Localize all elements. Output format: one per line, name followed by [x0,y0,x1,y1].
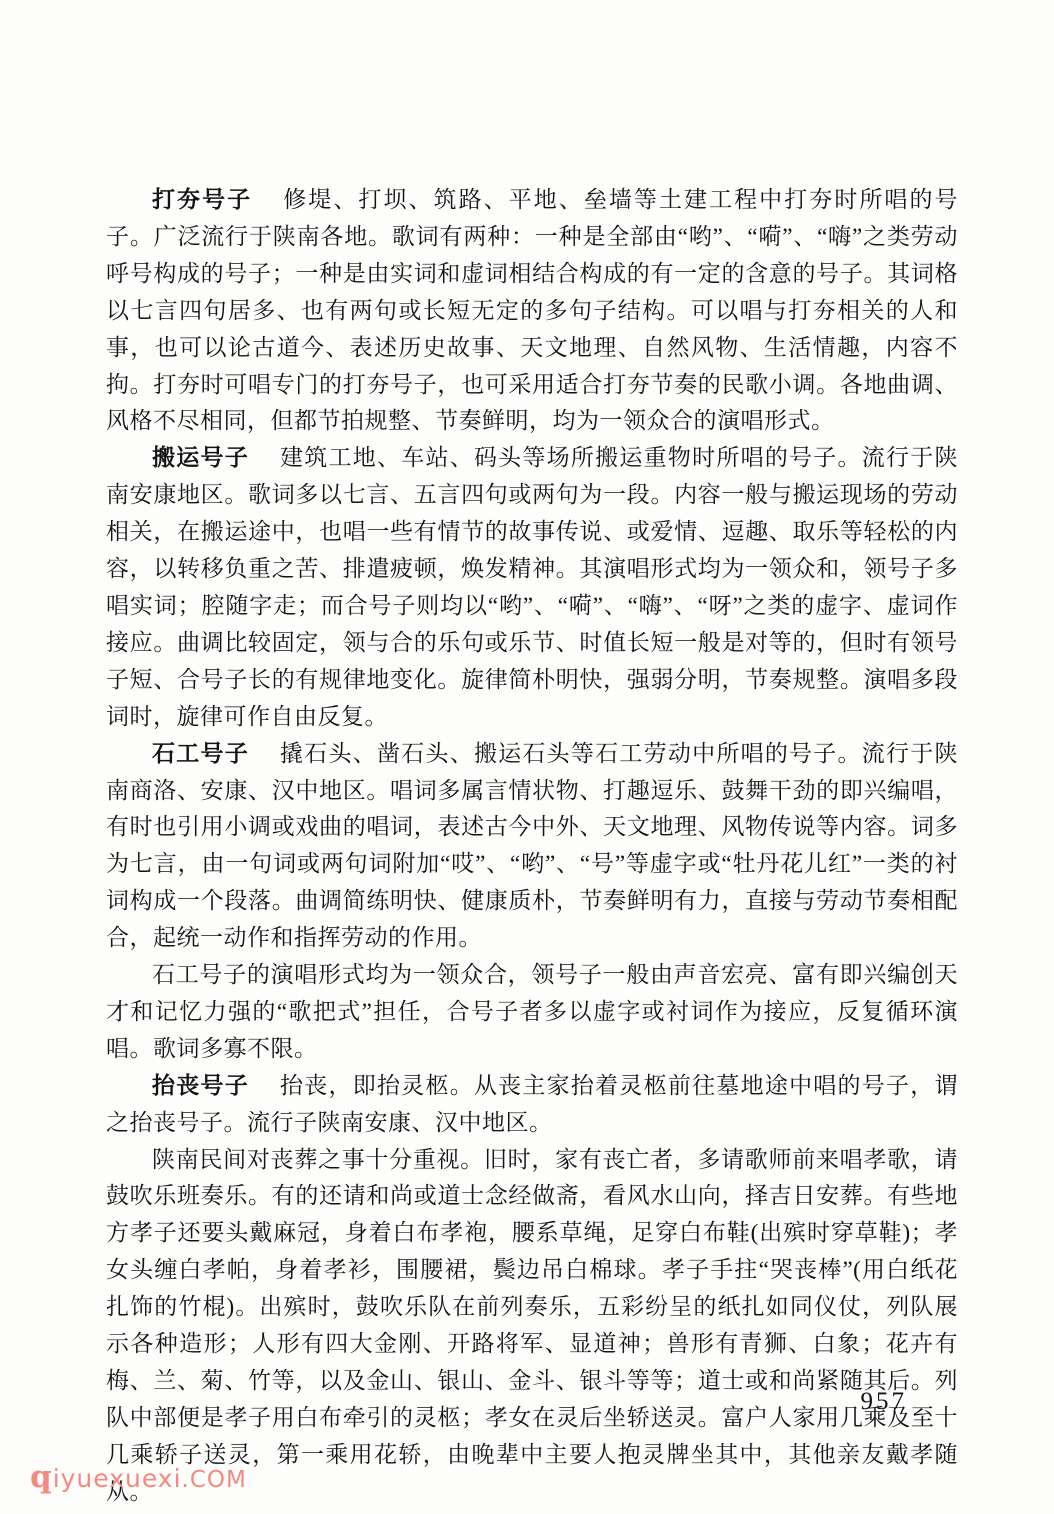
paragraph: 石工号子的演唱形式均为一领众合，领号子一般由声音宏亮、富有即兴编创天才和记忆力强… [106,957,958,1068]
paragraph: 陕南民间对丧葬之事十分重视。旧时，家有丧亡者，多请歌师前来唱孝歌，请鼓吹乐班奏乐… [106,1142,958,1511]
paragraph-text: 建筑工地、车站、码头等场所搬运重物时所唱的号子。流行于陕南安康地区。歌词多以七言… [106,445,958,728]
scanned-book-page: 打夯号子修堤、打坝、筑路、平地、垒墙等土建工程中打夯时所唱的号子。广泛流行于陕南… [0,0,1054,1514]
paragraph-text: 撬石头、凿石头、搬运石头等石工劳动中所唱的号子。流行于陕南商洛、安康、汉中地区。… [106,741,958,951]
text-block: 打夯号子修堤、打坝、筑路、平地、垒墙等土建工程中打夯时所唱的号子。广泛流行于陕南… [106,182,958,1511]
entry-term-heading: 抬丧号子 [152,1073,249,1098]
paragraph: 搬运号子建筑工地、车站、码头等场所搬运重物时所唱的号子。流行于陕南安康地区。歌词… [106,440,958,735]
entry-term-heading: 搬运号子 [152,445,249,470]
paragraph: 石工号子撬石头、凿石头、搬运石头等石工劳动中所唱的号子。流行于陕南商洛、安康、汉… [106,736,958,957]
watermark-bold-letter: q [30,1459,53,1495]
paragraph: 抬丧号子抬丧，即抬灵柩。从丧主家抬着灵柩前往墓地途中唱的号子，谓之抬丧号子。流行… [106,1068,958,1142]
watermark: qiyuexuexi.COM [30,1459,247,1495]
paragraph-text: 陕南民间对丧葬之事十分重视。旧时，家有丧亡者，多请歌师前来唱孝歌，请鼓吹乐班奏乐… [106,1147,958,1504]
entry-term-heading: 石工号子 [152,741,249,766]
paragraph: 打夯号子修堤、打坝、筑路、平地、垒墙等土建工程中打夯时所唱的号子。广泛流行于陕南… [106,182,958,440]
watermark-suffix: .COM [182,1467,247,1493]
paragraph-text: 修堤、打坝、筑路、平地、垒墙等土建工程中打夯时所唱的号子。广泛流行于陕南各地。歌… [106,187,958,433]
paragraph-text: 石工号子的演唱形式均为一领众合，领号子一般由声音宏亮、富有即兴编创天才和记忆力强… [106,962,958,1061]
page-number: 957 [861,1388,908,1416]
watermark-text: iyuexuexi [53,1464,182,1493]
entry-term-heading: 打夯号子 [152,187,252,212]
